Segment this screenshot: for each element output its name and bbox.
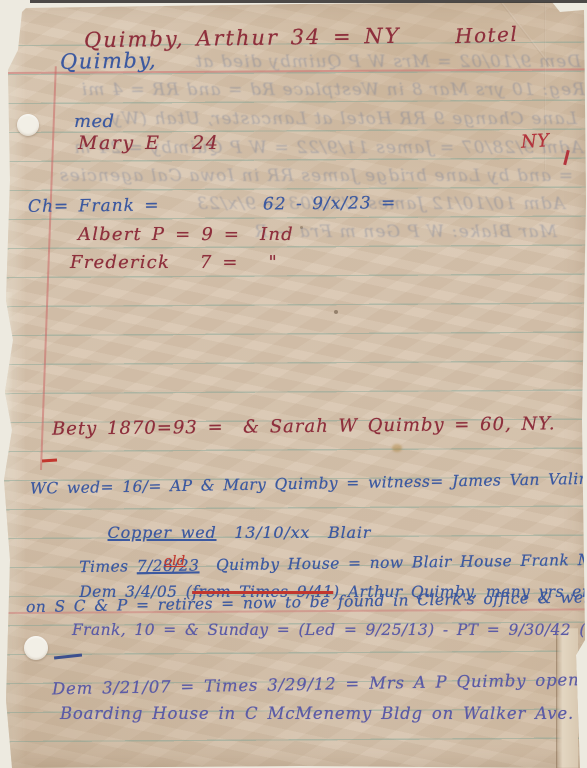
surname-line: Quimby,	[60, 48, 157, 74]
red-correction-old: old	[164, 554, 186, 569]
corner-label-hotel: Hotel	[455, 22, 519, 48]
child-line-frederick: Frederick 7 = "	[70, 252, 278, 273]
bleed-through-text: Dem 9/10/02 = Mrs W P Quimby died at	[194, 52, 581, 72]
bleed-through-text: Lane Change 9 RR Hotel at Lancaster, Uta…	[110, 109, 577, 129]
stain-spot	[392, 444, 402, 452]
frank-sunday-line: Frank, 10 = & Sunday = (Led = 9/25/13) -…	[72, 621, 587, 639]
paper-sheet: Dem 9/10/02 = Mrs W P Quimby died at Reg…	[0, 0, 587, 768]
wife-state: NY	[520, 130, 549, 152]
bleed-through-text: Mar Blake: W P Gen m Fra — R	[254, 222, 557, 242]
folded-edge-bottom-right	[556, 628, 578, 768]
child-line-frank: Ch= Frank = 62 - 9/x/23 =	[28, 193, 397, 217]
wife-line: Mary E 24	[78, 132, 219, 154]
child-line-albert: Albert P = 9 = Ind	[78, 224, 294, 245]
boarding-house-line: Boarding House in C McMenemy Bldg on Wal…	[60, 704, 574, 723]
bleed-through-text: Reg: 10 yrs Mar 8 in Westplace Rd = and …	[81, 80, 585, 100]
bleed-through-text: = and by Lane bridge James RR in Iowa Ca…	[59, 166, 573, 186]
punch-hole-bottom	[24, 636, 48, 660]
speck	[334, 310, 338, 314]
med-note: med	[74, 111, 114, 132]
scanner-edge-shadow	[30, 0, 587, 3]
crease-horizontal	[0, 390, 587, 392]
punch-hole-top	[17, 114, 39, 136]
torn-edge-left	[0, 292, 13, 432]
